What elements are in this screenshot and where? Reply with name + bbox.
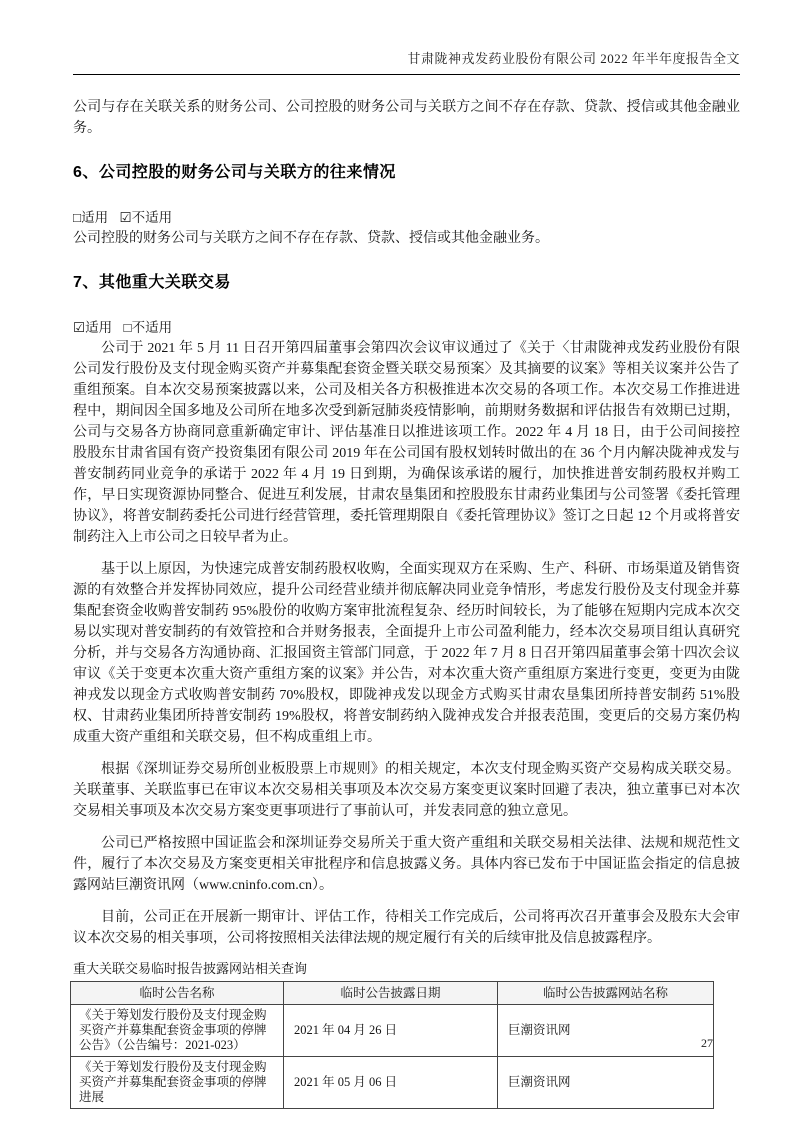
disclosure-date-cell: 2021 年 04 月 26 日 <box>284 1005 498 1057</box>
section-7-paragraph-5: 目前，公司正在开展新一期审计、评估工作，待相关工作完成后，公司将再次召开董事会及… <box>73 907 740 949</box>
section-6-body: 公司控股的财务公司与关联方之间不存在存款、贷款、授信或其他金融业务。 <box>73 228 740 249</box>
section-7-checkbox-not-applicable: □不适用 <box>123 320 172 335</box>
section-6-checkbox-not-applicable: ☑不适用 <box>120 210 173 225</box>
announcement-table-caption: 重大关联交易临时报告披露网站相关查询 <box>73 960 740 977</box>
section-7-heading: 7、其他重大关联交易 <box>73 269 740 292</box>
report-page: 甘肃陇神戎发药业股份有限公司 2022 年半年度报告全文 公司与存在关联关系的财… <box>0 0 793 1122</box>
section-6-applicability: □适用 ☑不适用 <box>73 207 740 228</box>
announcement-table: 临时公告名称 临时公告披露日期 临时公告披露网站名称 《关于筹划发行股份及支付现… <box>70 981 714 1109</box>
section-7-applicability: ☑适用 □不适用 <box>73 317 740 338</box>
document-header-title: 甘肃陇神戎发药业股份有限公司 2022 年半年度报告全文 <box>73 48 740 75</box>
section-7-paragraph-2: 基于以上原因，为快速完成普安制药股权收购，全面实现双方在采购、生产、科研、市场渠… <box>73 559 740 748</box>
section-6-heading: 6、公司控股的财务公司与关联方的往来情况 <box>73 159 740 182</box>
section-7-paragraph-1: 公司于 2021 年 5 月 11 日召开第四届董事会第四次会议审议通过了《关于… <box>73 338 740 548</box>
disclosure-website-cell: 巨潮资讯网 <box>498 1005 714 1057</box>
section-6-checkbox-applicable: □适用 <box>73 210 108 225</box>
section-7-paragraphs: 公司于 2021 年 5 月 11 日召开第四届董事会第四次会议审议通过了《关于… <box>73 338 740 949</box>
announcement-name-cell: 《关于筹划发行股份及支付现金购买资产并募集配套资金事项的停牌进展 <box>71 1057 284 1109</box>
page-number: 27 <box>701 1036 713 1051</box>
announcement-name-cell: 《关于筹划发行股份及支付现金购买资产并募集配套资金事项的停牌公告》（公告编号：2… <box>71 1005 284 1057</box>
section-7-checkbox-applicable: ☑适用 <box>73 320 112 335</box>
column-header-disclosure-website: 临时公告披露网站名称 <box>498 982 714 1005</box>
disclosure-website-cell: 巨潮资讯网 <box>498 1057 714 1109</box>
column-header-disclosure-date: 临时公告披露日期 <box>284 982 498 1005</box>
disclosure-date-cell: 2021 年 05 月 06 日 <box>284 1057 498 1109</box>
section-7-paragraph-3: 根据《深圳证券交易所创业板股票上市规则》的相关规定，本次支付现金购买资产交易构成… <box>73 759 740 822</box>
intro-paragraph: 公司与存在关联关系的财务公司、公司控股的财务公司与关联方之间不存在存款、贷款、授… <box>73 97 740 139</box>
table-row: 《关于筹划发行股份及支付现金购买资产并募集配套资金事项的停牌进展 2021 年 … <box>71 1057 714 1109</box>
announcement-table-header-row: 临时公告名称 临时公告披露日期 临时公告披露网站名称 <box>71 982 714 1005</box>
column-header-announcement-name: 临时公告名称 <box>71 982 284 1005</box>
section-7-paragraph-4: 公司已严格按照中国证监会和深圳证券交易所关于重大资产重组和关联交易相关法律、法规… <box>73 833 740 896</box>
table-row: 《关于筹划发行股份及支付现金购买资产并募集配套资金事项的停牌公告》（公告编号：2… <box>71 1005 714 1057</box>
